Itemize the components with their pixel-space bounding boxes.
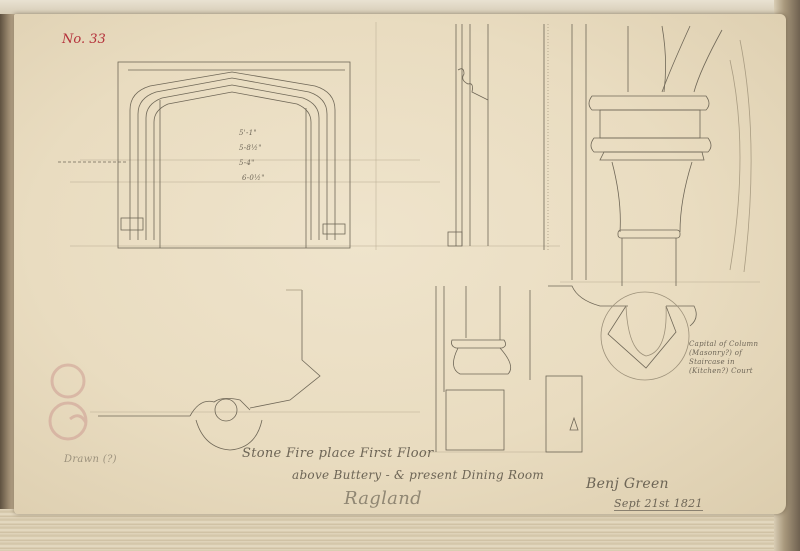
dim-label: 5'-1"	[239, 129, 257, 137]
jamb-section	[448, 24, 548, 250]
capital-plan	[548, 286, 696, 380]
column-capital	[572, 24, 751, 286]
capital-note-line: (Kitchen?) Court	[689, 367, 753, 375]
fireplace-elevation	[58, 62, 350, 248]
capital-note-line: (Masonry?) of	[689, 349, 742, 357]
jamb-plan	[98, 290, 320, 450]
capital-note: Capital of Column (Masonry?) of Staircas…	[689, 340, 758, 376]
caption-line-1: Stone Fire place First Floor	[242, 446, 434, 461]
sketch-page: No. 33 5'-1" 5-8½" 5-4" 6-0½" Capital of…	[14, 14, 786, 514]
dim-label: 5-8½"	[239, 144, 262, 152]
left-note: Drawn (?)	[64, 454, 117, 465]
sketch-drawings	[14, 14, 786, 514]
author-signature: Benj Green	[586, 476, 669, 492]
base-detail	[436, 286, 582, 452]
capital-note-line: Capital of Column	[689, 340, 758, 348]
collector-stamp	[46, 359, 96, 449]
dim-label: 6-0½"	[242, 174, 265, 182]
dim-label: 5-4"	[239, 159, 255, 167]
caption-place: Ragland	[344, 488, 422, 509]
caption-line-2: above Buttery - & present Dining Room	[292, 468, 544, 482]
page-top-edge	[0, 0, 800, 14]
date-signature: Sept 21st 1821	[614, 497, 703, 511]
page-stack-edge	[0, 509, 800, 551]
folio-number: No. 33	[62, 32, 106, 47]
construction-lines	[70, 22, 760, 452]
capital-note-line: Staircase in	[689, 358, 735, 366]
